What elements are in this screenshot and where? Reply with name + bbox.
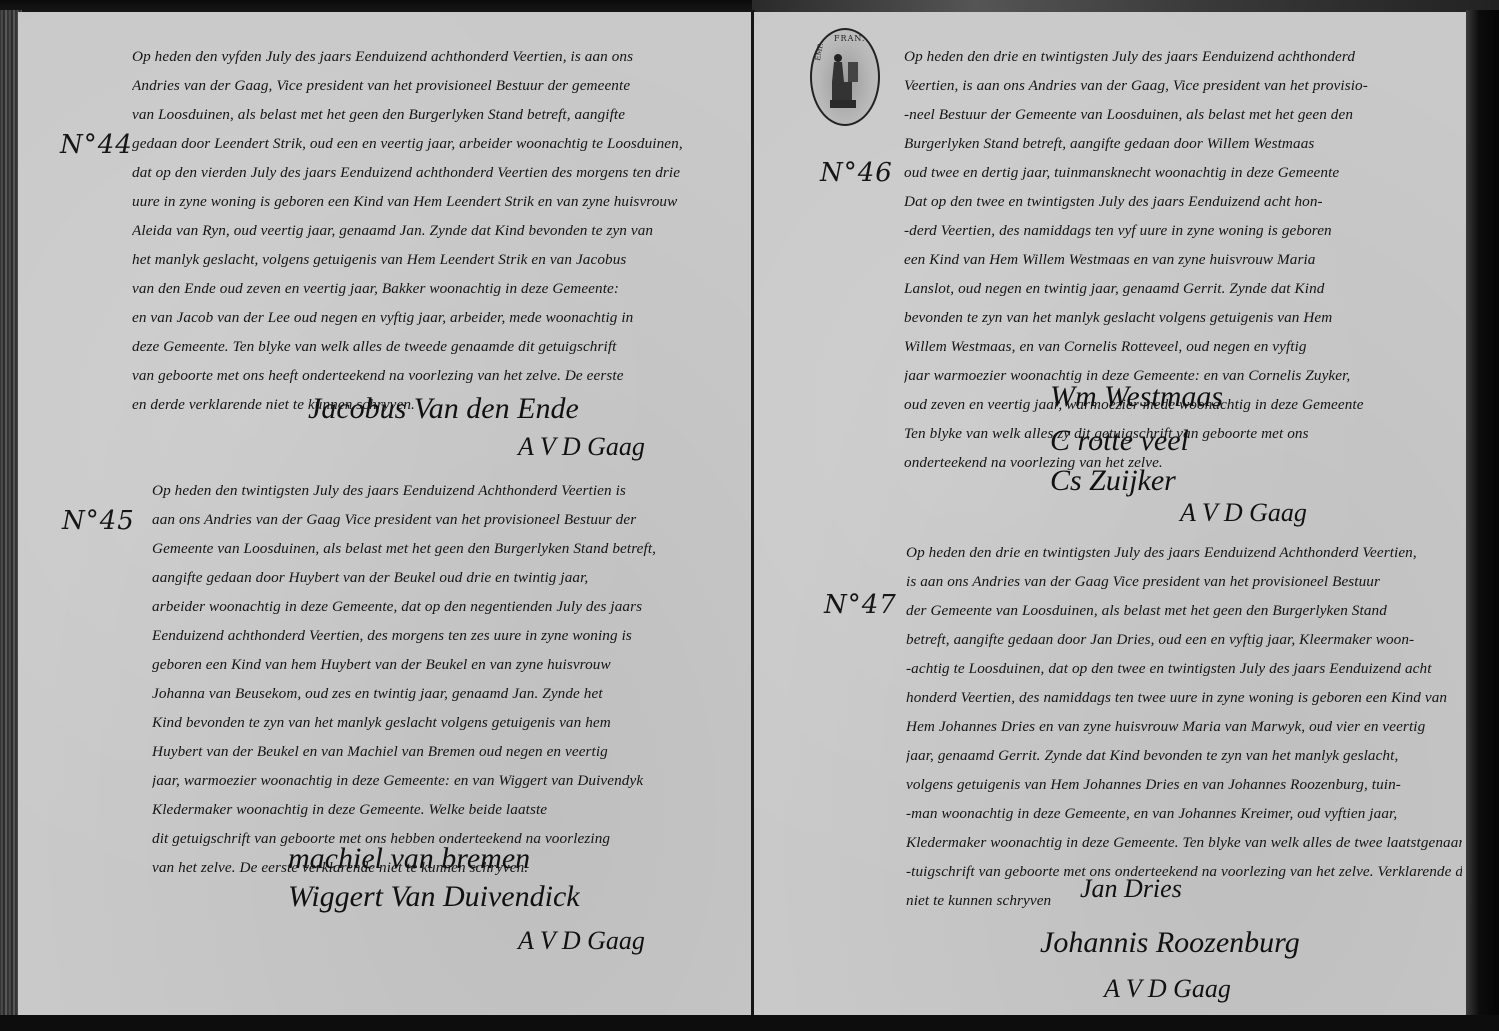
signature-official: A V D Gaag xyxy=(1104,974,1231,1004)
text-line: honderd Veertien, des namiddags ten twee… xyxy=(906,683,1462,712)
entry-number: N°46 xyxy=(820,158,893,188)
text-line: een Kind van Hem Willem Westmaas en van … xyxy=(904,245,1460,274)
text-line: gedaan door Leendert Strik, oud een en v… xyxy=(132,129,744,158)
right-page: FRAN. EMP. N°46 Op heden den drie en twi… xyxy=(754,12,1466,1015)
text-line: Johanna van Beusekom, oud zes en twintig… xyxy=(152,679,744,708)
text-line: het manlyk geslacht, volgens getuigenis … xyxy=(132,245,744,274)
left-page: N°44 Op heden den vyfden July des jaars … xyxy=(18,12,753,1015)
scan-bottom-border xyxy=(0,1015,1499,1031)
entry-text: Op heden den vyfden July des jaars Eendu… xyxy=(132,42,744,419)
text-line: aan ons Andries van der Gaag Vice presid… xyxy=(152,505,744,534)
text-line: Op heden den drie en twintigsten July de… xyxy=(904,42,1460,71)
text-line: Hem Johannes Dries en van zyne huisvrouw… xyxy=(906,712,1462,741)
text-line: geboren een Kind van hem Huybert van der… xyxy=(152,650,744,679)
signature-official: A V D Gaag xyxy=(1180,498,1307,528)
text-line: en van Jacob van der Lee oud negen en vy… xyxy=(132,303,744,332)
entry-47: N°47 Op heden den drie en twintigsten Ju… xyxy=(754,534,1466,1014)
text-line: -derd Veertien, des namiddags ten vyf uu… xyxy=(904,216,1460,245)
text-line: Burgerlyken Stand betreft, aangifte geda… xyxy=(904,129,1460,158)
text-line: Andries van der Gaag, Vice president van… xyxy=(132,71,744,100)
text-line: van geboorte met ons heeft onderteekend … xyxy=(132,361,744,390)
text-line: -tuigschrift van geboorte met ons ondert… xyxy=(906,857,1462,886)
text-line: -man woonachtig in deze Gemeente, en van… xyxy=(906,799,1462,828)
signature-witness: Johannis Roozenburg xyxy=(1040,926,1300,960)
text-line: Lanslot, oud negen en twintig jaar, gena… xyxy=(904,274,1460,303)
entry-number: N°47 xyxy=(824,590,897,620)
signature-official: A V D Gaag xyxy=(518,432,645,462)
text-line: jaar, warmoezier woonachtig in deze Geme… xyxy=(152,766,744,795)
signature-witness-1: C rotte veel xyxy=(1050,424,1189,458)
text-line: Kind bevonden te zyn van het manlyk gesl… xyxy=(152,708,744,737)
text-line: Kledermaker woonachtig in deze Gemeente.… xyxy=(152,795,744,824)
text-line: bevonden te zyn van het manlyk geslacht … xyxy=(904,303,1460,332)
text-line: arbeider woonachtig in deze Gemeente, da… xyxy=(152,592,744,621)
text-line: volgens getuigenis van Hem Johannes Drie… xyxy=(906,770,1462,799)
text-line: Huybert van der Beukel en van Machiel va… xyxy=(152,737,744,766)
text-line: deze Gemeente. Ten blyke van welk alles … xyxy=(132,332,744,361)
text-line: der Gemeente van Loosduinen, als belast … xyxy=(906,596,1462,625)
text-line: van Loosduinen, als belast met het geen … xyxy=(132,100,744,129)
text-line: uure in zyne woning is geboren een Kind … xyxy=(132,187,744,216)
text-line: Veertien, is aan ons Andries van der Gaa… xyxy=(904,71,1460,100)
text-line: Willem Westmaas, en van Cornelis Rotteve… xyxy=(904,332,1460,361)
signature-witness-2: Cs Zuijker xyxy=(1050,464,1176,498)
text-line: dat op den vierden July des jaars Eendui… xyxy=(132,158,744,187)
text-line: Dat op den twee en twintigsten July des … xyxy=(904,187,1460,216)
signature-official: A V D Gaag xyxy=(518,926,645,956)
text-line: Aleida van Ryn, oud veertig jaar, genaam… xyxy=(132,216,744,245)
signature-witness-2: Wiggert Van Duivendick xyxy=(288,880,580,914)
entry-text: Op heden den drie en twintigsten July de… xyxy=(906,538,1462,915)
text-line: -neel Bestuur der Gemeente van Loosduine… xyxy=(904,100,1460,129)
text-line: Kledermaker woonachtig in deze Gemeente.… xyxy=(906,828,1462,857)
signature-father: Wm Westmaas xyxy=(1050,380,1223,414)
text-line: Gemeente van Loosduinen, als belast met … xyxy=(152,534,744,563)
text-line: jaar, genaamd Gerrit. Zynde dat Kind bev… xyxy=(906,741,1462,770)
text-line: -achtig te Loosduinen, dat op den twee e… xyxy=(906,654,1462,683)
text-line: Op heden den drie en twintigsten July de… xyxy=(906,538,1462,567)
text-line: aangifte gedaan door Huybert van der Beu… xyxy=(152,563,744,592)
text-line: Op heden den vyfden July des jaars Eendu… xyxy=(132,42,744,71)
entry-number: N°44 xyxy=(60,130,133,160)
text-line: betreft, aangifte gedaan door Jan Dries,… xyxy=(906,625,1462,654)
signature-witness: Jacobus Van den Ende xyxy=(308,392,579,426)
signature-declarant: Jan Dries xyxy=(1080,874,1182,904)
text-line: is aan ons Andries van der Gaag Vice pre… xyxy=(906,567,1462,596)
signature-witness-1: machiel van bremen xyxy=(288,842,530,876)
text-line: Eenduizend achthonderd Veertien, des mor… xyxy=(152,621,744,650)
text-line: van den Ende oud zeven en veertig jaar, … xyxy=(132,274,744,303)
text-line: Op heden den twintigsten July des jaars … xyxy=(152,476,744,505)
entry-46: N°46 Op heden den drie en twintigsten Ju… xyxy=(754,12,1466,532)
entry-text: Op heden den twintigsten July des jaars … xyxy=(152,476,744,882)
entry-number: N°45 xyxy=(62,506,135,536)
text-line: oud twee en dertig jaar, tuinmansknecht … xyxy=(904,158,1460,187)
entry-44: N°44 Op heden den vyfden July des jaars … xyxy=(18,12,752,482)
entry-45: N°45 Op heden den twintigsten July des j… xyxy=(18,472,752,1012)
right-binding-shadow xyxy=(1466,10,1499,1015)
